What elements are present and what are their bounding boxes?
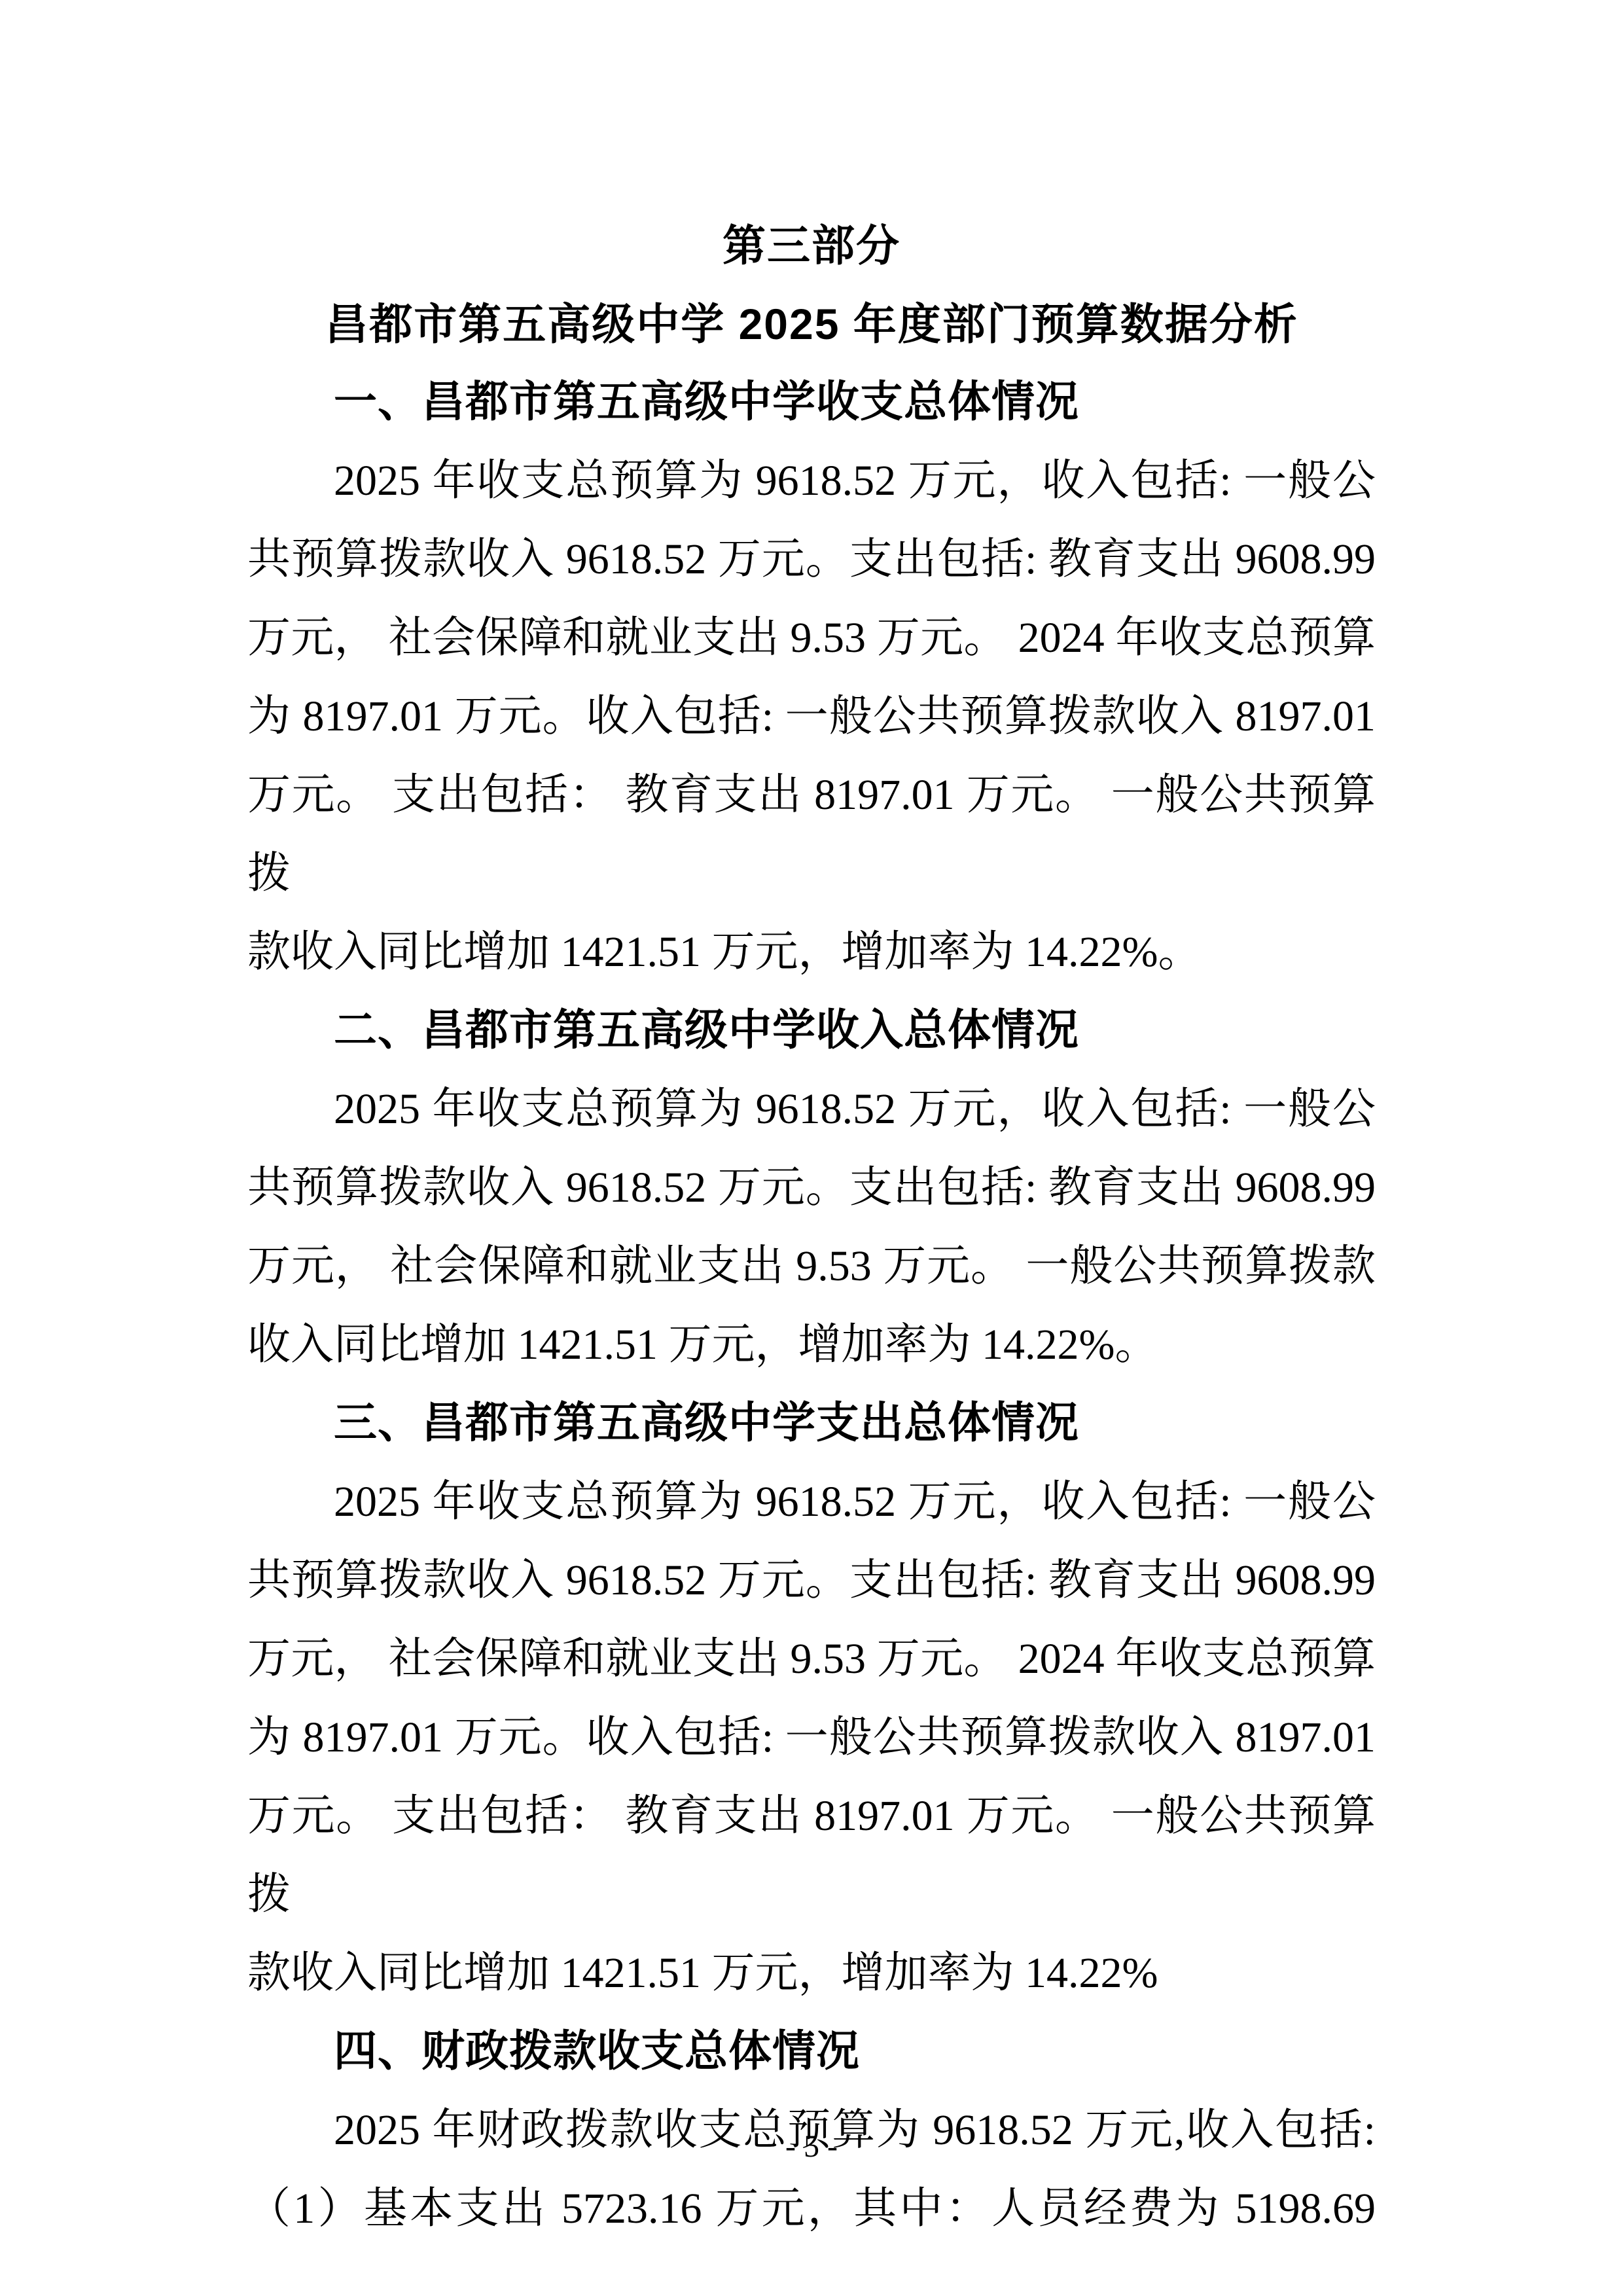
body-line: 款收入同比增加 1421.51 万元，增加率为 14.22% — [247, 1934, 1376, 2013]
section-heading: 三、昌都市第五高级中学支出总体情况 — [247, 1384, 1376, 1463]
section-heading: 一、昌都市第五高级中学收支总体情况 — [247, 363, 1376, 442]
body-line: 万元， 社会保障和就业支出 9.53 万元。 一般公共预算拨款 — [247, 1227, 1376, 1306]
body-line: 款收入同比增加 1421.51 万元，增加率为 14.22%。 — [247, 913, 1376, 992]
body-line: 万元， 社会保障和就业支出 9.53 万元。 2024 年收支总预算 — [247, 599, 1376, 677]
body-line: 万元， 社会保障和就业支出 9.53 万元。 2024 年收支总预算 — [247, 1620, 1376, 1698]
document-title: 昌都市第五高级中学 2025 年度部门预算数据分析 — [247, 285, 1376, 363]
page-number: - 5 - — [0, 2121, 1623, 2173]
body-line: 万元。 支出包括： 教育支出 8197.01 万元。 一般公共预算拨 — [247, 756, 1376, 913]
body-line: 2025 年收支总预算为 9618.52 万元，收入包括: 一般公 — [247, 1463, 1376, 1541]
body-line: （1）基本支出 5723.16 万元，其中：人员经费为 5198.69 — [247, 2170, 1376, 2248]
body-line: 共预算拨款收入 9618.52 万元。支出包括: 教育支出 9608.99 — [247, 520, 1376, 599]
document-body: 第三部分 昌都市第五高级中学 2025 年度部门预算数据分析 一、昌都市第五高级… — [247, 206, 1376, 2248]
body-line: 共预算拨款收入 9618.52 万元。支出包括: 教育支出 9608.99 — [247, 1541, 1376, 1620]
sections-container: 一、昌都市第五高级中学收支总体情况2025 年收支总预算为 9618.52 万元… — [247, 363, 1376, 2248]
part-title: 第三部分 — [247, 206, 1376, 285]
body-line: 共预算拨款收入 9618.52 万元。支出包括: 教育支出 9608.99 — [247, 1149, 1376, 1227]
document-page: 第三部分 昌都市第五高级中学 2025 年度部门预算数据分析 一、昌都市第五高级… — [0, 0, 1623, 2296]
section-heading: 四、财政拨款收支总体情况 — [247, 2013, 1376, 2091]
body-line: 万元。 支出包括： 教育支出 8197.01 万元。 一般公共预算拨 — [247, 1777, 1376, 1934]
body-line: 2025 年收支总预算为 9618.52 万元，收入包括: 一般公 — [247, 442, 1376, 520]
body-line: 为 8197.01 万元。收入包括: 一般公共预算拨款收入 8197.01 — [247, 677, 1376, 756]
body-line: 2025 年收支总预算为 9618.52 万元，收入包括: 一般公 — [247, 1070, 1376, 1149]
body-line: 为 8197.01 万元。收入包括: 一般公共预算拨款收入 8197.01 — [247, 1698, 1376, 1777]
section-heading: 二、昌都市第五高级中学收入总体情况 — [247, 992, 1376, 1070]
body-line: 收入同比增加 1421.51 万元，增加率为 14.22%。 — [247, 1306, 1376, 1384]
